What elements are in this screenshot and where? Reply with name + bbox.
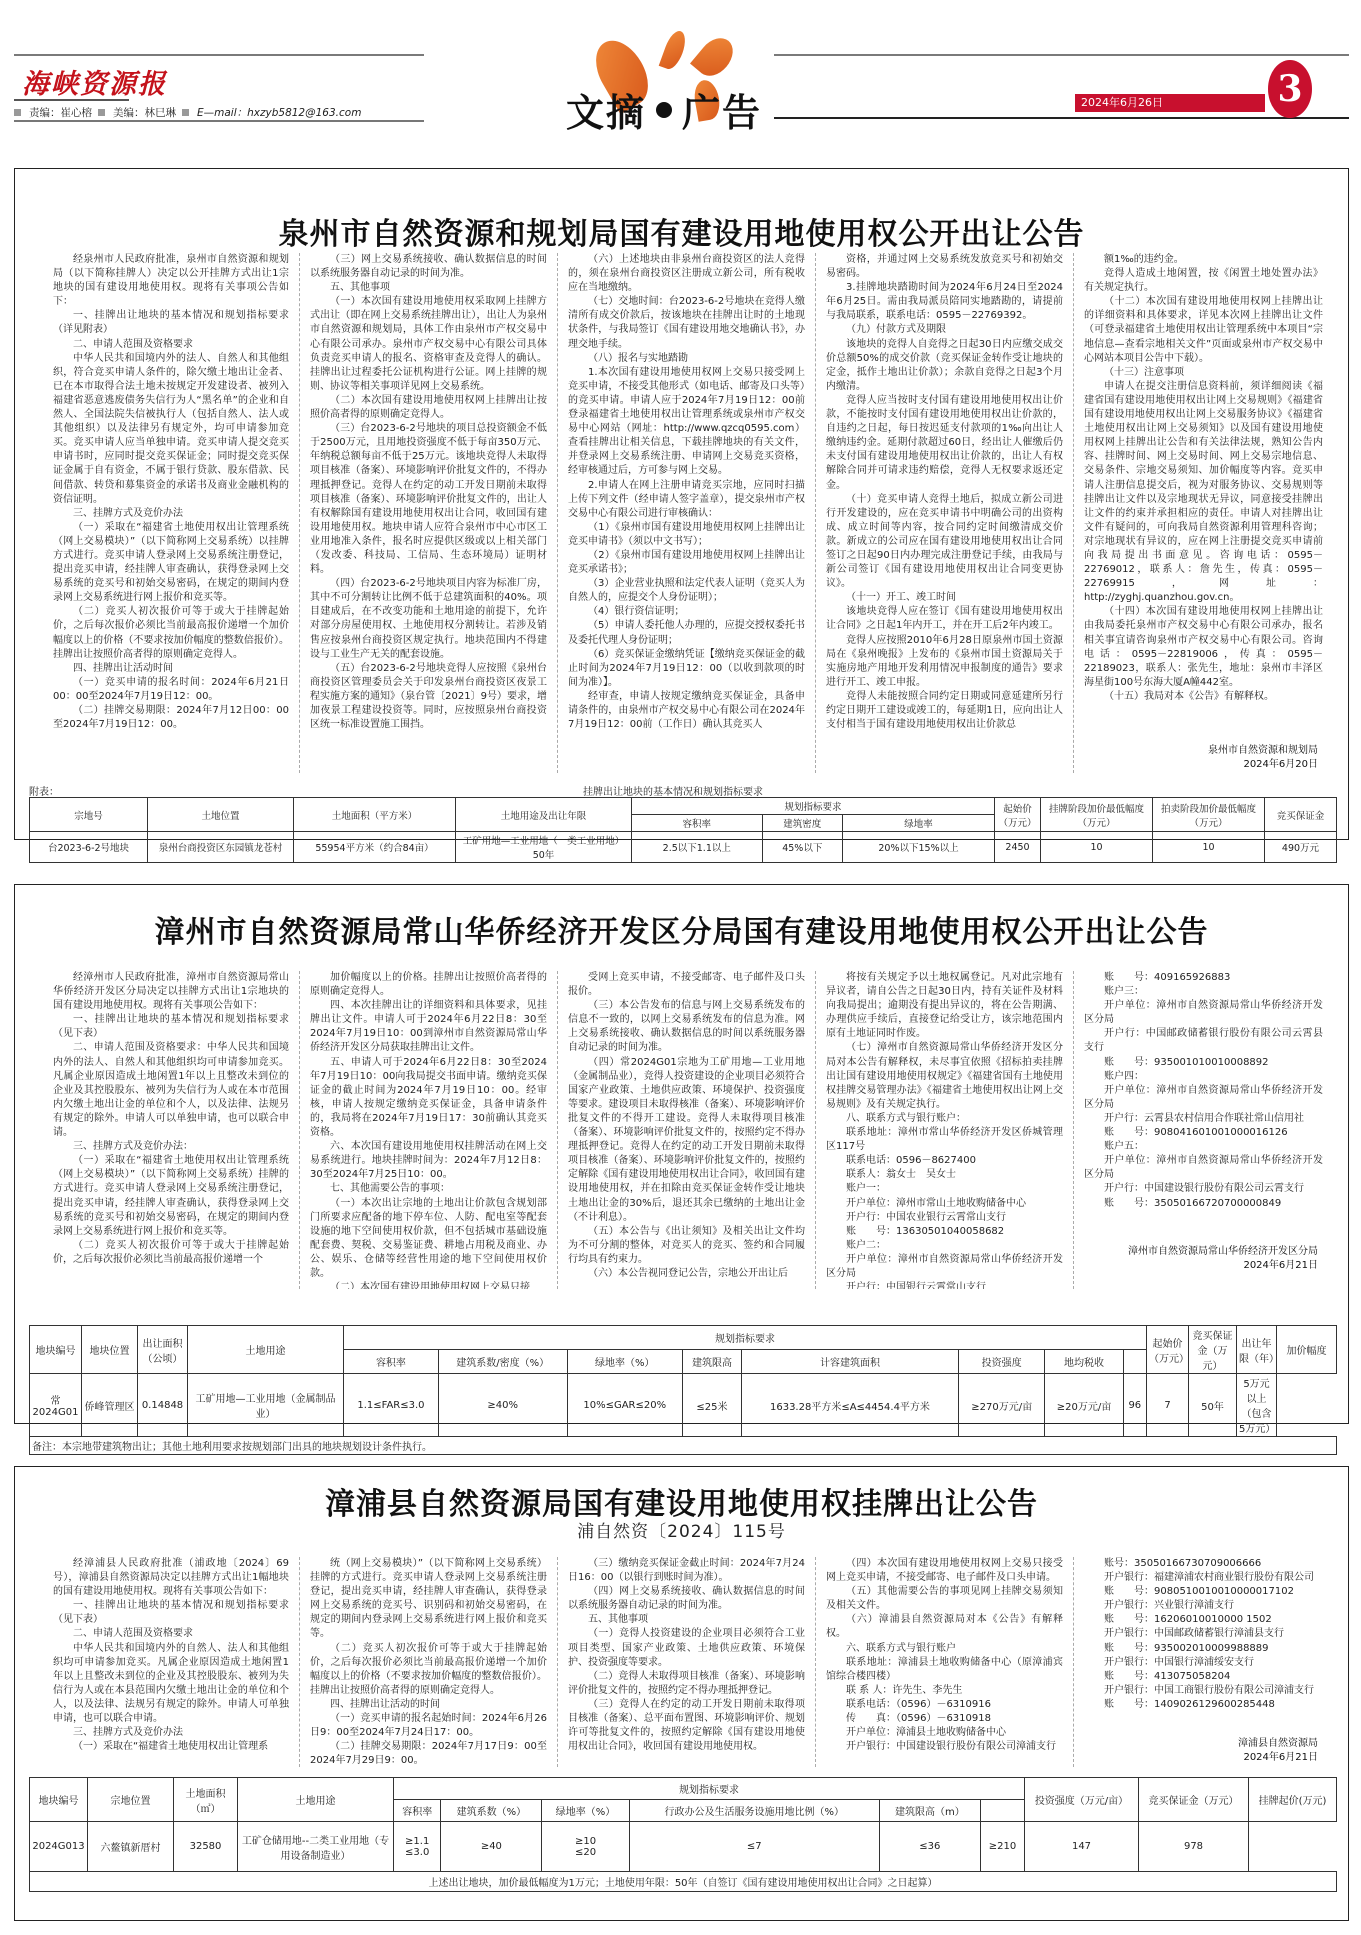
paragraph: 四、挂牌出让活动的时间 xyxy=(310,1698,547,1712)
col-header: 竞买保证金 xyxy=(1265,798,1337,832)
paragraph: （五）本公告与《出让须知》及相关出让文件均为不可分割的整体，对竞买人的竞买、签约… xyxy=(568,1225,805,1267)
signature-block: 漳州市自然资源局常山华侨经济开发区分局 2024年6月21日 xyxy=(1128,1245,1318,1273)
paragraph: （一）本次国有建设用地使用权采取网上挂牌方式出让（即在网上交易系统挂牌出让），出… xyxy=(310,295,547,394)
cell: 55954平方米（约合84亩） xyxy=(294,832,456,863)
cell: 45%以下 xyxy=(762,832,842,863)
paragraph: （一）采取在“福建省土地使用权出让管理系统（网上交易模块）”（以下简称网上交易系… xyxy=(53,1154,289,1239)
paragraph: 六、联系方式与银行账户 xyxy=(826,1642,1063,1656)
table-note-row: 备注：本宗地带建筑物出让；其他土地利用要求按规划部门出具的地块规划设计条件执行。 xyxy=(30,1437,1337,1455)
paragraph: （二）本次国有建设用地使用权网上交易只接 xyxy=(310,1281,547,1289)
table-row: 2024G013 六鳌镇新厝村 32580 工矿仓储用地--二类工业用地（专用设… xyxy=(30,1822,1337,1872)
paragraph: 账户三： xyxy=(1084,985,1323,999)
col-header: 建筑系数/密度（%） xyxy=(438,1350,567,1374)
paragraph: 五、其他事项 xyxy=(310,281,547,295)
paragraph: 四、本次挂牌出让的详细资料和具体要求，见挂牌出让文件。申请人可于2024年6月2… xyxy=(310,999,547,1055)
col-header: 土地面积（平方米） xyxy=(294,798,456,832)
paragraph: 开户单位：漳州市自然资源局常山华侨经济开发区分局 xyxy=(1084,999,1323,1027)
flower-petal-icon xyxy=(690,31,740,82)
paragraph: 开户单位：漳州市自然资源局常山华侨经济开发区分局 xyxy=(1084,1084,1323,1112)
paragraph: （十三）注意事项 xyxy=(1084,366,1323,380)
paragraph: 开户行：中国银行云霄常山支行 xyxy=(826,1281,1063,1289)
masthead-rule xyxy=(14,99,129,101)
cell: 20%以下15%以上 xyxy=(843,832,995,863)
paragraph: 账 号：13630501040058682 xyxy=(826,1225,1063,1239)
notice-title: 泉州市自然资源和规划局国有建设用地使用权公开出让公告 xyxy=(15,209,1348,253)
table-note: 备注：本宗地带建筑物出让；其他土地利用要求按规划部门出具的地块规划设计条件执行。 xyxy=(30,1437,1337,1455)
paragraph: （一）竞买申请的报名时间：2024年6月21日00：00至2024年7月19日1… xyxy=(53,676,289,704)
paragraph: 账 号：1409026129600285448 xyxy=(1084,1698,1323,1712)
paragraph: （二）竞买人初次报价可等于或大于挂牌起始价，之后每次报价必须比当前最高报价递增一… xyxy=(53,605,289,661)
paragraph: 七、其他需要公告的事项： xyxy=(310,1182,547,1196)
cell: 工矿用地—工业用地（一类工业用地）50年 xyxy=(456,832,632,863)
cell: ≤7 xyxy=(629,1822,879,1872)
paragraph: （一）采取在“福建省土地使用权出让管理系 xyxy=(53,1740,289,1754)
section-title-part: 广告 xyxy=(682,82,762,137)
masthead-rule xyxy=(14,54,424,56)
editor-label: 责编：崔心榕 xyxy=(29,105,92,120)
col-header: 规划指标要求 xyxy=(344,1326,1147,1350)
text-column: 加价幅度以上的价格。挂牌出让按照价高者得的原则确定竞得人。四、本次挂牌出让的详细… xyxy=(299,971,557,1289)
cell: ≤36 xyxy=(879,1822,980,1872)
masthead-rule xyxy=(14,120,424,122)
paragraph: 六、本次国有建设用地使用权挂牌活动在网上交易系统进行。地块挂牌时间为：2024年… xyxy=(310,1140,547,1182)
cell: 2024G013 xyxy=(30,1822,88,1872)
cell: ≥20万元/亩 xyxy=(1045,1374,1123,1437)
paragraph: 账 号：409165926883 xyxy=(1084,971,1323,985)
paragraph: （一）竞得人投资建设的企业项目必须符合工业项目类型、国家产业政策、土地供应政策、… xyxy=(568,1627,805,1669)
cell: 32580 xyxy=(174,1822,238,1872)
paragraph: 额1‰的违约金。 xyxy=(1084,253,1323,267)
cell: 96 xyxy=(1123,1374,1146,1437)
col-header: 投资强度 xyxy=(958,1350,1045,1374)
cell: 10%≤GAR≤20% xyxy=(567,1374,682,1437)
text-column: 受网上竞买申请，不接受邮寄、电子邮件及口头报价。（三）本公告发布的信息与网上交易… xyxy=(557,971,815,1289)
notice-changshan: 漳州市自然资源局常山华侨经济开发区分局国有建设用地使用权公开出让公告 经漳州市人… xyxy=(14,884,1349,1424)
far-max: ≤3.0 xyxy=(396,1847,438,1858)
paragraph: （四）本次国有建设用地使用权网上交易只接受网上竞买申请，不接受邮寄、电子邮件及口… xyxy=(826,1557,1063,1585)
paragraph: 竞得人应当按时支付国有建设用地使用权出让价款，不能按时支付国有建设用地使用权出让… xyxy=(826,394,1063,493)
text-column: 统（网上交易模块）”（以下简称网上交易系统）挂牌的方式进行。竞买申请人登录网上交… xyxy=(299,1557,557,1767)
land-parcel-table: 宗地号 土地位置 土地面积（平方米） 土地用途及出让年限 规划指标要求 起始价（… xyxy=(29,797,1337,863)
paragraph: 开户行：中国农业银行云霄常山支行 xyxy=(826,1211,1063,1225)
text-column: （六）上述地块由非泉州台商投资区的法人竞得的，须在泉州台商投资区注册成立新公司，… xyxy=(557,253,815,773)
paragraph: 三、挂牌方式及竞价办法 xyxy=(53,1726,289,1740)
square-bullet-icon xyxy=(98,109,105,116)
table-note: 上述出让地块，加价最低幅度为1万元；土地使用年限：50年（自签订《国有建设用地使… xyxy=(30,1872,1337,1892)
paragraph: 账 号：908041601001000016126 xyxy=(1084,1126,1323,1140)
col-header: 容积率 xyxy=(394,1800,441,1822)
paragraph: 一、挂牌出让地块的基本情况和规划指标要求（详见附表） xyxy=(53,309,289,337)
paragraph: （5）申请人委托他人办理的，应提交授权委托书及委托代理人身份证明； xyxy=(568,619,805,647)
col-header: 出让年限（年） xyxy=(1237,1326,1277,1374)
text-column: （三）缴纳竞买保证金截止时间：2024年7月24日16：00（以银行到账时间为准… xyxy=(557,1557,815,1767)
notice-title: 漳州市自然资源局常山华侨经济开发区分局国有建设用地使用权公开出让公告 xyxy=(15,907,1348,951)
signature-date: 2024年6月21日 xyxy=(1128,1259,1318,1273)
paragraph: 统（网上交易模块）”（以下简称网上交易系统）挂牌的方式进行。竞买申请人登录网上交… xyxy=(310,1557,547,1642)
paragraph: （一）采取在“福建省土地使用权出让管理系统（网上交易模块）”（以下简称网上交易系… xyxy=(53,521,289,606)
paragraph: 开户银行：中国邮政储蓄银行漳浦县支行 xyxy=(1084,1627,1323,1641)
notice-zhangpu: 漳浦县自然资源局国有建设用地使用权挂牌出让公告 浦自然资〔2024〕115号 经… xyxy=(14,1466,1349,1921)
paragraph: 二、申请人范围及资格要求 xyxy=(53,338,289,352)
paragraph: 账户五： xyxy=(1084,1140,1323,1154)
col-header: 土地位置 xyxy=(148,798,294,832)
col-header: 挂牌起价(万元) xyxy=(1249,1778,1337,1822)
signature-org: 泉州市自然资源和规划局 xyxy=(1208,744,1318,758)
paragraph: 联系电话：0596－8627400 xyxy=(826,1154,1063,1168)
signature-date: 2024年6月20日 xyxy=(1208,758,1318,772)
paragraph: （四）网上交易系统接收、确认数据信息的时间以系统服务器自动记录的时间为准。 xyxy=(568,1585,805,1613)
paragraph: （十）竞买申请人竞得土地后，拟成立新公司进行开发建设的，应在竞买申请书中明确公司… xyxy=(826,493,1063,592)
text-column: 账号：35050166730709006666开户银行：福建漳浦农村商业银行股份… xyxy=(1073,1557,1333,1767)
paragraph: 二、申请人范围及资格要求：中华人民共和国境内外的法人、自然人和其他组织均可申请参… xyxy=(53,1041,289,1140)
paragraph: （六）本公告视同登记公告，宗地公开出让后 xyxy=(568,1267,805,1281)
col-header: 容积率 xyxy=(632,815,763,832)
paragraph: 经审查，申请人按规定缴纳竞买保证金，具备申请条件的，由泉州市产权交易中心有限公司… xyxy=(568,690,805,732)
far-min: ≥1.1 xyxy=(396,1836,438,1847)
col-header: 地块编号 xyxy=(30,1778,88,1822)
square-bullet-icon xyxy=(182,109,189,116)
bullet-dot-icon xyxy=(656,102,672,118)
paragraph: （1）《泉州市国有建设用地使用权网上挂牌出让竞买申请书》（须以中文书写）； xyxy=(568,521,805,549)
paragraph: （6）竞买保证金缴纳凭证【缴纳竞买保证金的截止时间为2024年7月19日12：0… xyxy=(568,648,805,690)
paragraph: （三）网上交易系统接收、确认数据信息的时间以系统服务器自动记录的时间为准。 xyxy=(310,253,547,281)
paragraph: 一、挂牌出让地块的基本情况和规划指标要求（见下表） xyxy=(53,1013,289,1041)
paragraph: （四）台2023-6-2号地块项目内容为标准厂房，其中不可分割转让比例不低于总建… xyxy=(310,577,547,662)
paragraph: 开户银行：中国银行漳浦绥安支行 xyxy=(1084,1656,1323,1670)
col-header: 拍卖阶段加价最低幅度（万元） xyxy=(1153,798,1265,832)
paragraph: 开户单位：漳州市自然资源局常山华侨经济开发区分局 xyxy=(826,1253,1063,1281)
col-header: 土地用途及出让年限 xyxy=(456,798,632,832)
cell: 常2024G01 xyxy=(30,1374,82,1437)
paragraph: 三、挂牌方式及竞价办法： xyxy=(53,1140,289,1154)
paragraph: 开户银行：中国工商银行股份有限公司漳浦支行 xyxy=(1084,1684,1323,1698)
notice-body: 经漳浦县人民政府批准（浦政地〔2024〕69号），漳浦县自然资源局决定以挂牌方式… xyxy=(43,1557,1333,1767)
table-row: 台2023-6-2号地块 泉州台商投资区东园镇龙苍村 55954平方米（约合84… xyxy=(30,832,1337,863)
paragraph: 账 号：9080510010010000017102 xyxy=(1084,1585,1323,1599)
paragraph: 八、联系方式与银行账户： xyxy=(826,1112,1063,1126)
col-header: 容积率 xyxy=(344,1350,439,1374)
col-header: 规划指标要求 xyxy=(394,1778,1025,1800)
cell: 50年 xyxy=(1189,1374,1237,1437)
cell: ≥40 xyxy=(441,1822,542,1872)
paragraph: 联系人：翁女士 吴女士 xyxy=(826,1168,1063,1182)
cell: 1.1≤FAR≤3.0 xyxy=(344,1374,439,1437)
paragraph: 传 真：（0596）－6310918 xyxy=(826,1712,1063,1726)
paragraph: （五）台2023-6-2号地块竞得人应按照《泉州台商投资区管理委员会关于印发泉州… xyxy=(310,662,547,732)
cell: 490万元 xyxy=(1265,832,1337,863)
paragraph: 联 系 人：许先生、李先生 xyxy=(826,1684,1063,1698)
page-number-badge: 3 xyxy=(1268,60,1312,118)
paragraph: （二）竞买人初次报价可等于或大于挂牌起始价，之后每次报价必须比当前最高报价递增一… xyxy=(53,1239,289,1267)
paragraph: 竞得人造成土地闲置，按《闲置土地处置办法》有关规定执行。 xyxy=(1084,267,1323,295)
text-column: 将按有关规定予以土地权属登记。凡对此宗地有异议者，请自公告之日起30日内，持有关… xyxy=(815,971,1073,1289)
table-row: 常2024G01 侨峰管理区 0.14848 工矿用地—工业用地（金属制品业） … xyxy=(30,1374,1337,1437)
paragraph: 账 号：413075058204 xyxy=(1084,1670,1323,1684)
paragraph: 开户银行：兴业银行漳浦支行 xyxy=(1084,1599,1323,1613)
signature-date: 2024年6月21日 xyxy=(1238,1751,1318,1765)
paragraph: 账户二： xyxy=(826,1239,1063,1253)
col-header: 绿地率（%） xyxy=(542,1800,629,1822)
flower-petal-icon xyxy=(659,28,690,72)
notice-body: 经漳州市人民政府批准，漳州市自然资源局常山华侨经济开发区分局决定以挂牌方式出让1… xyxy=(43,971,1333,1289)
paragraph: 开户行：中国建设银行股份有限公司云霄支行 xyxy=(1084,1182,1323,1196)
col-header: 绿地率 xyxy=(843,815,995,832)
paragraph: （四）常2024G01宗地为工矿用地—工业用地（金属制品业），竞得人投资建设的企… xyxy=(568,1056,805,1225)
cell: ≥40% xyxy=(438,1374,567,1437)
paragraph: （八）报名与实地踏勘 xyxy=(568,352,805,366)
paragraph: 账户四： xyxy=(1084,1070,1323,1084)
paragraph: 该地块的竞得人自竞得之日起30日内应缴交成交价总额50%的成交价款（竞买保证金转… xyxy=(826,338,1063,394)
col-header: 计容建筑面积 xyxy=(742,1350,959,1374)
cell: 工矿用地—工业用地（金属制品业） xyxy=(188,1374,344,1437)
paragraph: 该地块竞得人应在签订《国有建设用地使用权出让合同》之日起1年内开工，并在开工后2… xyxy=(826,605,1063,633)
cell: 2450 xyxy=(995,832,1041,863)
paragraph: （一）竞买申请的报名起始时间：2024年6月26日9：00至2024年7月24日… xyxy=(310,1712,547,1740)
paragraph: 资格，并通过网上交易系统发放竞买号和初始交易密码。 xyxy=(826,253,1063,281)
designer-label: 美编：林巳琳 xyxy=(113,105,176,120)
paragraph: 账户一： xyxy=(826,1182,1063,1196)
col-header: 建筑系数（%） xyxy=(441,1800,542,1822)
paragraph: 开户单位：漳州市自然资源局常山华侨经济开发区分局 xyxy=(1084,1154,1323,1182)
table-caption: 挂牌出让地块的基本情况和规划指标要求 xyxy=(583,783,763,798)
paragraph: （一）本次出让宗地的土地出让价款包含规划部门所要求应配备的地下停车位、人防、配电… xyxy=(310,1197,547,1282)
section-title: 文摘 广告 xyxy=(566,82,762,137)
paragraph: 账 号：935002010009988889 xyxy=(1084,1642,1323,1656)
paragraph: 联系电话：（0596）－6310916 xyxy=(826,1698,1063,1712)
paragraph: 经泉州市人民政府批准，泉州市自然资源和规划局（以下简称挂牌人）决定以公开挂牌方式… xyxy=(53,253,289,309)
editor-credits: 责编：崔心榕 美编：林巳琳 E—mail：hxzyb5812@163.com xyxy=(14,105,361,120)
paragraph: （五）其他需要公告的事项见网上挂牌交易须知及相关文件。 xyxy=(826,1585,1063,1613)
text-column: 额1‰的违约金。竞得人造成土地闲置，按《闲置土地处置办法》有关规定执行。（十二）… xyxy=(1073,253,1333,773)
col-header: 建筑限高（m） xyxy=(879,1800,980,1822)
cell: 0.14848 xyxy=(138,1374,188,1437)
paragraph: 申请人在提交注册信息资料前，须详细阅读《福建省国有建设用地使用权出让网上交易规则… xyxy=(1084,380,1323,606)
paragraph: 开户银行：福建漳浦农村商业银行股份有限公司 xyxy=(1084,1571,1323,1585)
cell: ≥10 ≤20 xyxy=(542,1822,629,1872)
paragraph: 开户单位：漳浦县土地收购储备中心 xyxy=(826,1726,1063,1740)
table-note-row: 上述出让地块，加价最低幅度为1万元；土地使用年限：50年（自签订《国有建设用地使… xyxy=(30,1872,1337,1892)
text-column: 经漳浦县人民政府批准（浦政地〔2024〕69号），漳浦县自然资源局决定以挂牌方式… xyxy=(43,1557,299,1767)
paragraph: （三）竞得人在约定的动工开发日期前未取得项目核准（备案）、总平面布置图、环境影响… xyxy=(568,1698,805,1754)
paragraph: （七）漳州市自然资源局常山华侨经济开发区分局对本公告有解释权，未尽事宜依照《招标… xyxy=(826,1041,1063,1111)
paragraph: 账 号：35050166720700000849 xyxy=(1084,1197,1323,1211)
paragraph: （六）上述地块由非泉州台商投资区的法人竞得的，须在泉州台商投资区注册成立新公司，… xyxy=(568,253,805,295)
paragraph: 竞得人未能按照合同约定日期或同意延建所另行约定日期开工建设或竣工的，每延期1日，… xyxy=(826,690,1063,732)
email-label: E—mail：hxzyb5812@163.com xyxy=(197,105,361,120)
paragraph: 五、申请人可于2024年6月22日8：30至2024年7月19日10：00向我局… xyxy=(310,1056,547,1141)
paragraph: 一、挂牌出让地块的基本情况和规划指标要求（见下表） xyxy=(53,1599,289,1627)
col-header: 土地面积（㎡） xyxy=(174,1778,238,1822)
paragraph: （七）交地时间：台2023-6-2号地块在竞得人缴清所有成交价款后，按该地块在挂… xyxy=(568,295,805,351)
cell: 六鳌镇新厝村 xyxy=(88,1822,174,1872)
cell: ≤25米 xyxy=(682,1374,741,1437)
masthead-rule xyxy=(774,54,1349,56)
cell: ≥270万元/亩 xyxy=(958,1374,1045,1437)
paragraph: （三）本公告发布的信息与网上交易系统发布的信息不一致的，以网上交易系统发布的信息… xyxy=(568,999,805,1055)
paragraph: 1.本次国有建设用地使用权网上交易只接受网上竞买申请，不接受其他形式（如电话、邮… xyxy=(568,366,805,479)
green-max: ≤20 xyxy=(544,1847,626,1858)
paragraph: 经漳州市人民政府批准，漳州市自然资源局常山华侨经济开发区分局决定以挂牌方式出让1… xyxy=(53,971,289,1013)
cell: 5万元以上（包含5万元） xyxy=(1237,1374,1277,1437)
paragraph: （三）缴纳竞买保证金截止时间：2024年7月24日16：00（以银行到账时间为准… xyxy=(568,1557,805,1585)
col-header: 地块编号 xyxy=(30,1326,82,1374)
notice-quanzhou: 泉州市自然资源和规划局国有建设用地使用权公开出让公告 经泉州市人民政府批准，泉州… xyxy=(14,168,1349,840)
paragraph: （九）付款方式及期限 xyxy=(826,323,1063,337)
newspaper-logo: 海峡资源报 xyxy=(22,62,167,101)
text-column: （四）本次国有建设用地使用权网上交易只接受网上竞买申请，不接受邮寄、电子邮件及口… xyxy=(815,1557,1073,1767)
signature-org: 漳州市自然资源局常山华侨经济开发区分局 xyxy=(1128,1245,1318,1259)
text-column: （三）网上交易系统接收、确认数据信息的时间以系统服务器自动记录的时间为准。五、其… xyxy=(299,253,557,773)
col-header: 绿地率（%） xyxy=(567,1350,682,1374)
cell: 1633.28平方米≤A≤4454.4平方米 xyxy=(742,1374,959,1437)
paragraph: 加价幅度以上的价格。挂牌出让按照价高者得的原则确定竞得人。 xyxy=(310,971,547,999)
col-header: 宗地号 xyxy=(30,798,148,832)
cell: ≥1.1 ≤3.0 xyxy=(394,1822,441,1872)
paragraph: 经漳浦县人民政府批准（浦政地〔2024〕69号），漳浦县自然资源局决定以挂牌方式… xyxy=(53,1557,289,1599)
cell: 2.5以下1.1以上 xyxy=(632,832,763,863)
paragraph: （十五）我局对本《公告》有解释权。 xyxy=(1084,690,1323,704)
col-header: 挂牌阶段加价最低幅度（万元） xyxy=(1041,798,1153,832)
cell: 978 xyxy=(1139,1822,1249,1872)
text-column: 经漳州市人民政府批准，漳州市自然资源局常山华侨经济开发区分局决定以挂牌方式出让1… xyxy=(43,971,299,1289)
paragraph: 二、申请人范围及资格要求 xyxy=(53,1627,289,1641)
table-prefix: 附表： xyxy=(29,783,59,798)
cell: 台2023-6-2号地块 xyxy=(30,832,148,863)
paragraph: （十一）开工、竣工时间 xyxy=(826,591,1063,605)
paragraph: 开户行：中国邮政储蓄银行股份有限公司云霄县支行 xyxy=(1084,1027,1323,1055)
paragraph: 受网上竞买申请，不接受邮寄、电子邮件及口头报价。 xyxy=(568,971,805,999)
paragraph: 2.申请人在网上注册申请竞买宗地，应同时扫描上传下列文件（经申请人签字盖章），提… xyxy=(568,479,805,521)
signature-block: 泉州市自然资源和规划局 2024年6月20日 xyxy=(1208,744,1318,772)
col-header: 加价幅度 xyxy=(1277,1326,1337,1374)
col-header: 土地用途 xyxy=(188,1326,344,1374)
cell: 147 xyxy=(1025,1822,1139,1872)
paragraph: 开户银行：中国建设银行股份有限公司漳浦支行 xyxy=(826,1740,1063,1754)
col-header: 规划指标要求 xyxy=(632,798,995,815)
paragraph: （二）挂牌交易期限：2024年7月12日00：00至2024年7月19日12：0… xyxy=(53,704,289,732)
paragraph: 四、挂牌出让活动时间 xyxy=(53,662,289,676)
col-header: 起始价（万元） xyxy=(995,798,1041,832)
issue-date: 2024年6月26日 xyxy=(1075,94,1265,112)
col-header: 宗地位置 xyxy=(88,1778,174,1822)
masthead-rule xyxy=(774,117,1349,119)
cell: 侨峰管理区 xyxy=(82,1374,138,1437)
col-header: 建筑密度 xyxy=(762,815,842,832)
cell: ≥210 xyxy=(980,1822,1024,1872)
signature-block: 漳浦县自然资源局 2024年6月21日 xyxy=(1238,1737,1318,1765)
text-column: 资格，并通过网上交易系统发放竞买号和初始交易密码。3.挂牌地块踏勘时间为2024… xyxy=(815,253,1073,773)
land-parcel-table: 地块编号 地块位置 出让面积（公顷） 土地用途 规划指标要求 起始价（万元） 竞… xyxy=(29,1325,1337,1455)
paragraph: 中华人民共和国境内外的自然人、法人和其他组织均可申请参加竞买。凡属企业原因造成土… xyxy=(53,1642,289,1727)
paragraph: 中华人民共和国境内外的法人、自然人和其他组织，符合竞买申请人条件的，除欠缴土地出… xyxy=(53,352,289,507)
paragraph: 3.挂牌地块踏勘时间为2024年6月24日至2024年6月25日。需由我局派员陪… xyxy=(826,281,1063,323)
text-column: 经泉州市人民政府批准，泉州市自然资源和规划局（以下简称挂牌人）决定以公开挂牌方式… xyxy=(43,253,299,773)
paragraph: （二）竞买人初次报价可等于或大于挂牌起始价，之后每次报价必须比当前最高报价递增一… xyxy=(310,1642,547,1698)
paragraph: （二）挂牌交易期限：2024年7月17日9：00至2024年7月29日9：00。 xyxy=(310,1740,547,1767)
col-header: 投资强度（万元/亩） xyxy=(1025,1778,1139,1822)
paragraph: 五、其他事项 xyxy=(568,1613,805,1627)
paragraph: 账 号：935001010010008892 xyxy=(1084,1056,1323,1070)
notice-document-number: 浦自然资〔2024〕115号 xyxy=(15,1517,1348,1542)
col-header: 竞买保证金（万元） xyxy=(1139,1778,1249,1822)
notice-body: 经泉州市人民政府批准，泉州市自然资源和规划局（以下简称挂牌人）决定以公开挂牌方式… xyxy=(43,253,1333,773)
green-min: ≥10 xyxy=(544,1836,626,1847)
paragraph: （十二）本次国有建设用地使用权网上挂牌出让的详细资料和具体要求，详见本次网上挂牌… xyxy=(1084,295,1323,365)
section-title-part: 文摘 xyxy=(566,82,646,137)
paragraph: 账号：35050166730709006666 xyxy=(1084,1557,1323,1571)
paragraph: 账 号：16206010010000 1502 xyxy=(1084,1613,1323,1627)
cell: 10 xyxy=(1153,832,1265,863)
paragraph: （二）竞得人未取得项目核准（备案）、环境影响评价批复文件的，按照约定不得办理抵押… xyxy=(568,1670,805,1698)
col-header: 地块位置 xyxy=(82,1326,138,1374)
signature-org: 漳浦县自然资源局 xyxy=(1238,1737,1318,1751)
newspaper-masthead: 海峡资源报 责编：崔心榕 美编：林巳琳 E—mail：hxzyb5812@163… xyxy=(0,0,1361,130)
paragraph: 三、挂牌方式及竞价办法 xyxy=(53,507,289,521)
col-header: 行政办公及生活服务设施用地比例（%） xyxy=(629,1800,879,1822)
paragraph: （三）台2023-6-2号地块的项目总投资额金不低于2500万元，且用地投资强度… xyxy=(310,422,547,577)
paragraph: （二）本次国有建设用地使用权网上挂牌出让按照价高者得的原则确定竞得人。 xyxy=(310,394,547,422)
land-parcel-table: 地块编号 宗地位置 土地面积（㎡） 土地用途 规划指标要求 投资强度（万元/亩）… xyxy=(29,1777,1337,1892)
square-bullet-icon xyxy=(14,109,21,116)
paragraph: 联系地址：漳州市常山华侨经济开发区侨城管理区117号 xyxy=(826,1126,1063,1154)
paragraph: 竞得人应按照2010年6月28日原泉州市国土资源局在《泉州晚报》上发布的《泉州市… xyxy=(826,634,1063,690)
paragraph: 将按有关规定予以土地权属登记。凡对此宗地有异议者，请自公告之日起30日内，持有关… xyxy=(826,971,1063,1041)
text-column: 账 号：409165926883账户三：开户单位：漳州市自然资源局常山华侨经济开… xyxy=(1073,971,1333,1289)
cell: 7 xyxy=(1147,1374,1189,1437)
col-header: 土地用途 xyxy=(238,1778,394,1822)
paragraph: （十四）本次国有建设用地使用权网上挂牌出让由我局委托泉州市产权交易中心有限公司承… xyxy=(1084,605,1323,690)
paragraph: 开户行：云霄县农村信用合作联社常山信用社 xyxy=(1084,1112,1323,1126)
col-header: 出让面积（公顷） xyxy=(138,1326,188,1374)
col-header: 地均税收 xyxy=(1045,1350,1123,1374)
cell: 工矿仓储用地--二类工业用地（专用设备制造业） xyxy=(238,1822,394,1872)
paragraph: （3）企业营业执照和法定代表人证明（竞买人为自然人的，应提交个人身份证明）； xyxy=(568,577,805,605)
paragraph: 开户单位：漳州市常山土地收购储备中心 xyxy=(826,1197,1063,1211)
col-header: 起始价（万元） xyxy=(1147,1326,1189,1374)
col-header: 竞买保证金（万元） xyxy=(1189,1326,1237,1374)
cell: 10 xyxy=(1041,832,1153,863)
paragraph: （六）漳浦县自然资源局对本《公告》有解释权。 xyxy=(826,1613,1063,1641)
cell: 泉州台商投资区东园镇龙苍村 xyxy=(148,832,294,863)
paragraph: （4）银行资信证明； xyxy=(568,605,805,619)
paragraph: 联系地址：漳浦县土地收购储备中心（原漳浦宾馆综合楼四楼） xyxy=(826,1656,1063,1684)
paragraph: （2）《泉州市国有建设用地使用权网上挂牌出让竞买承诺书》； xyxy=(568,549,805,577)
col-header: 建筑限高 xyxy=(682,1350,741,1374)
